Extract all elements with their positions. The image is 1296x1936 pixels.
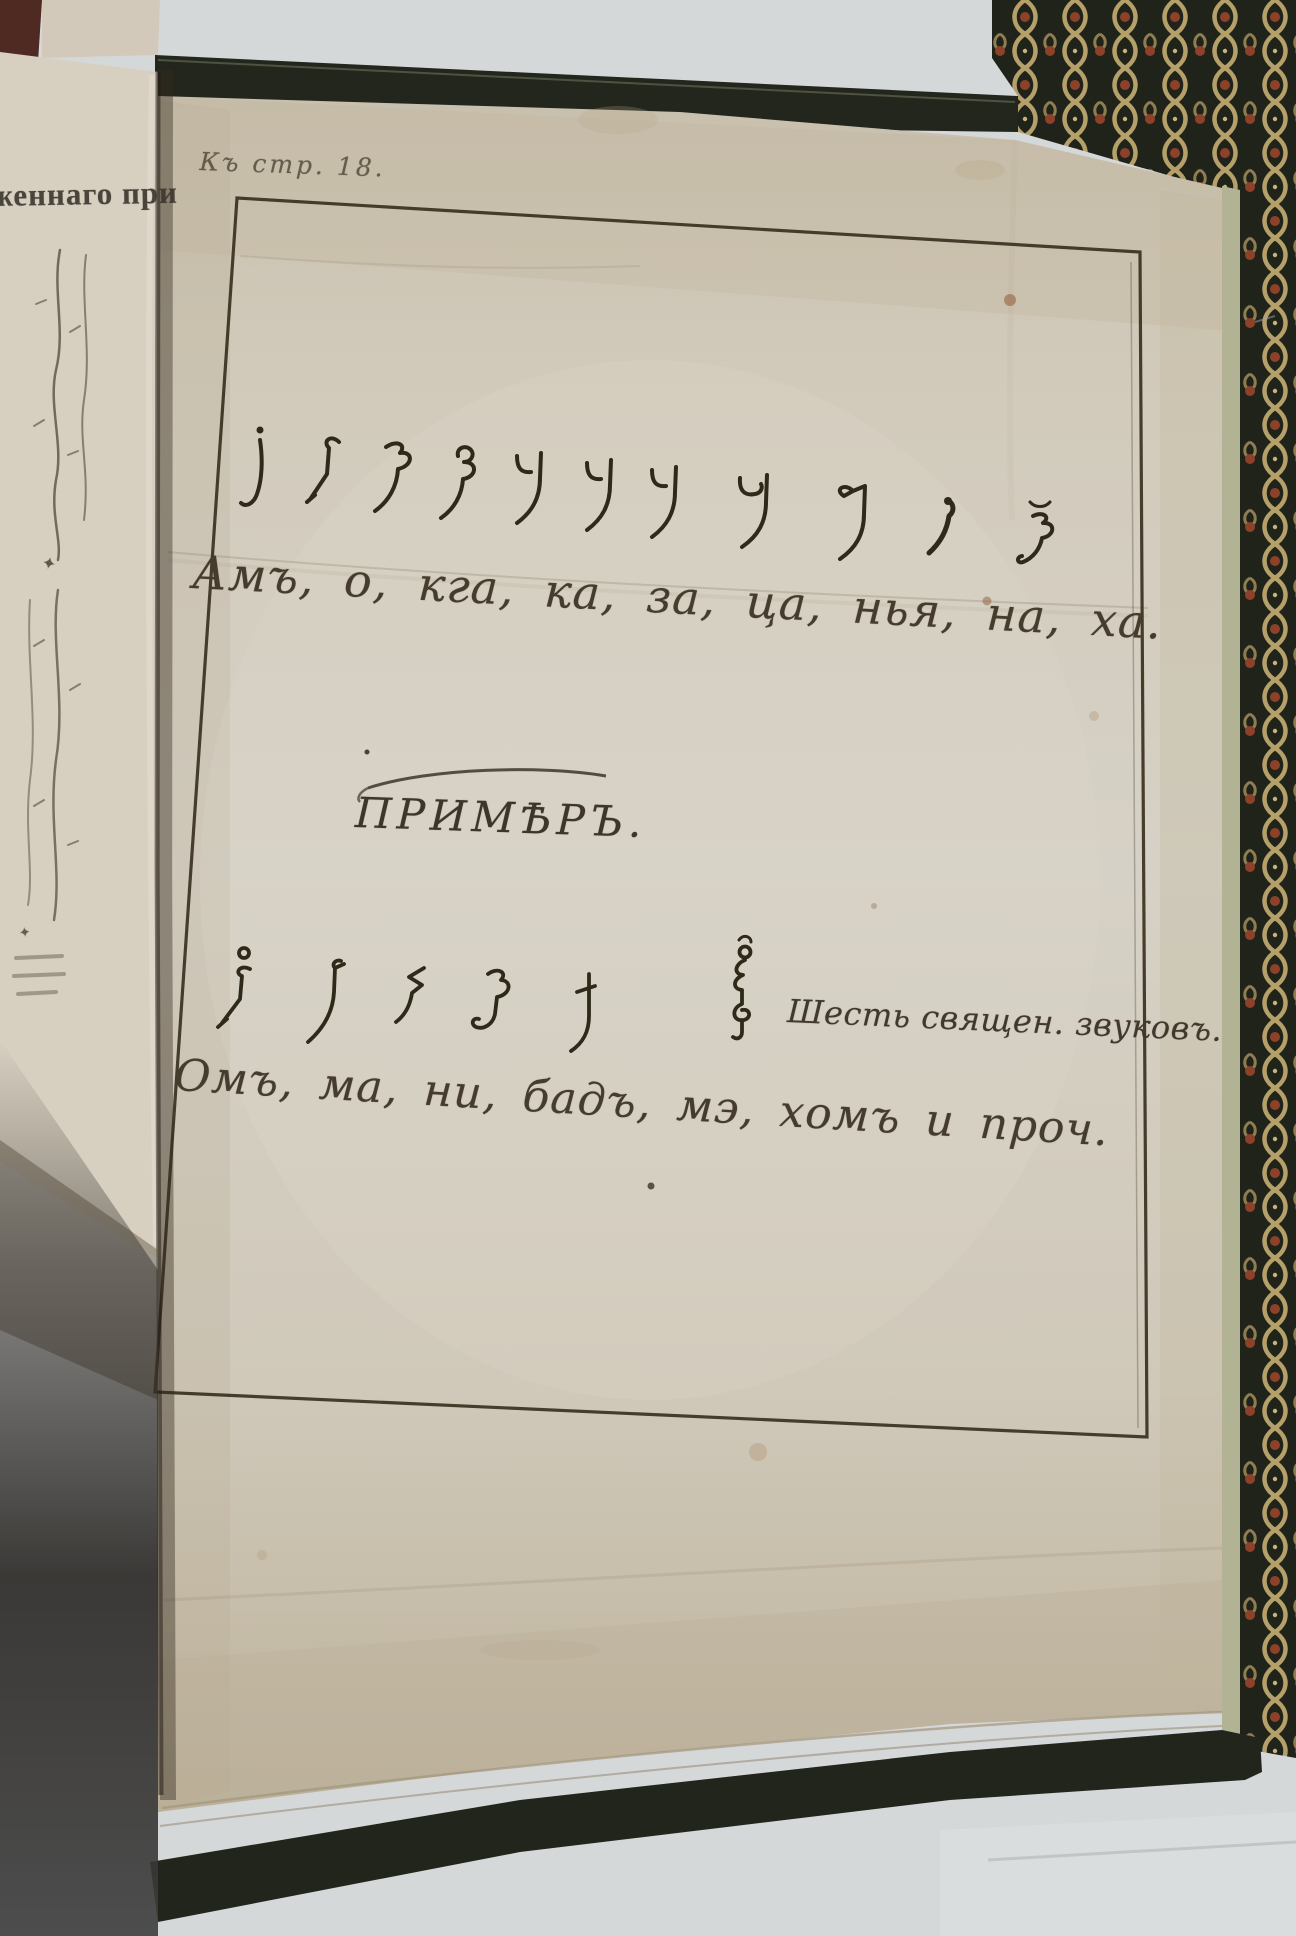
cover-cloth-edge bbox=[1222, 186, 1240, 1748]
gutter-shadow bbox=[157, 70, 168, 1800]
diamond-mark-icon: ✦ bbox=[18, 924, 32, 941]
adjacent-page-edge bbox=[42, 0, 160, 58]
right-page bbox=[158, 96, 1222, 1826]
book-photo: женнаго при ✦ ✦ Къ стр. 18. Амъ, о, кга,… bbox=[0, 0, 1296, 1936]
left-page-printed-fragment: женнаго при bbox=[0, 175, 178, 214]
section-heading: ПРИМѢРЪ. bbox=[354, 788, 647, 847]
book-artwork bbox=[0, 0, 1296, 1936]
